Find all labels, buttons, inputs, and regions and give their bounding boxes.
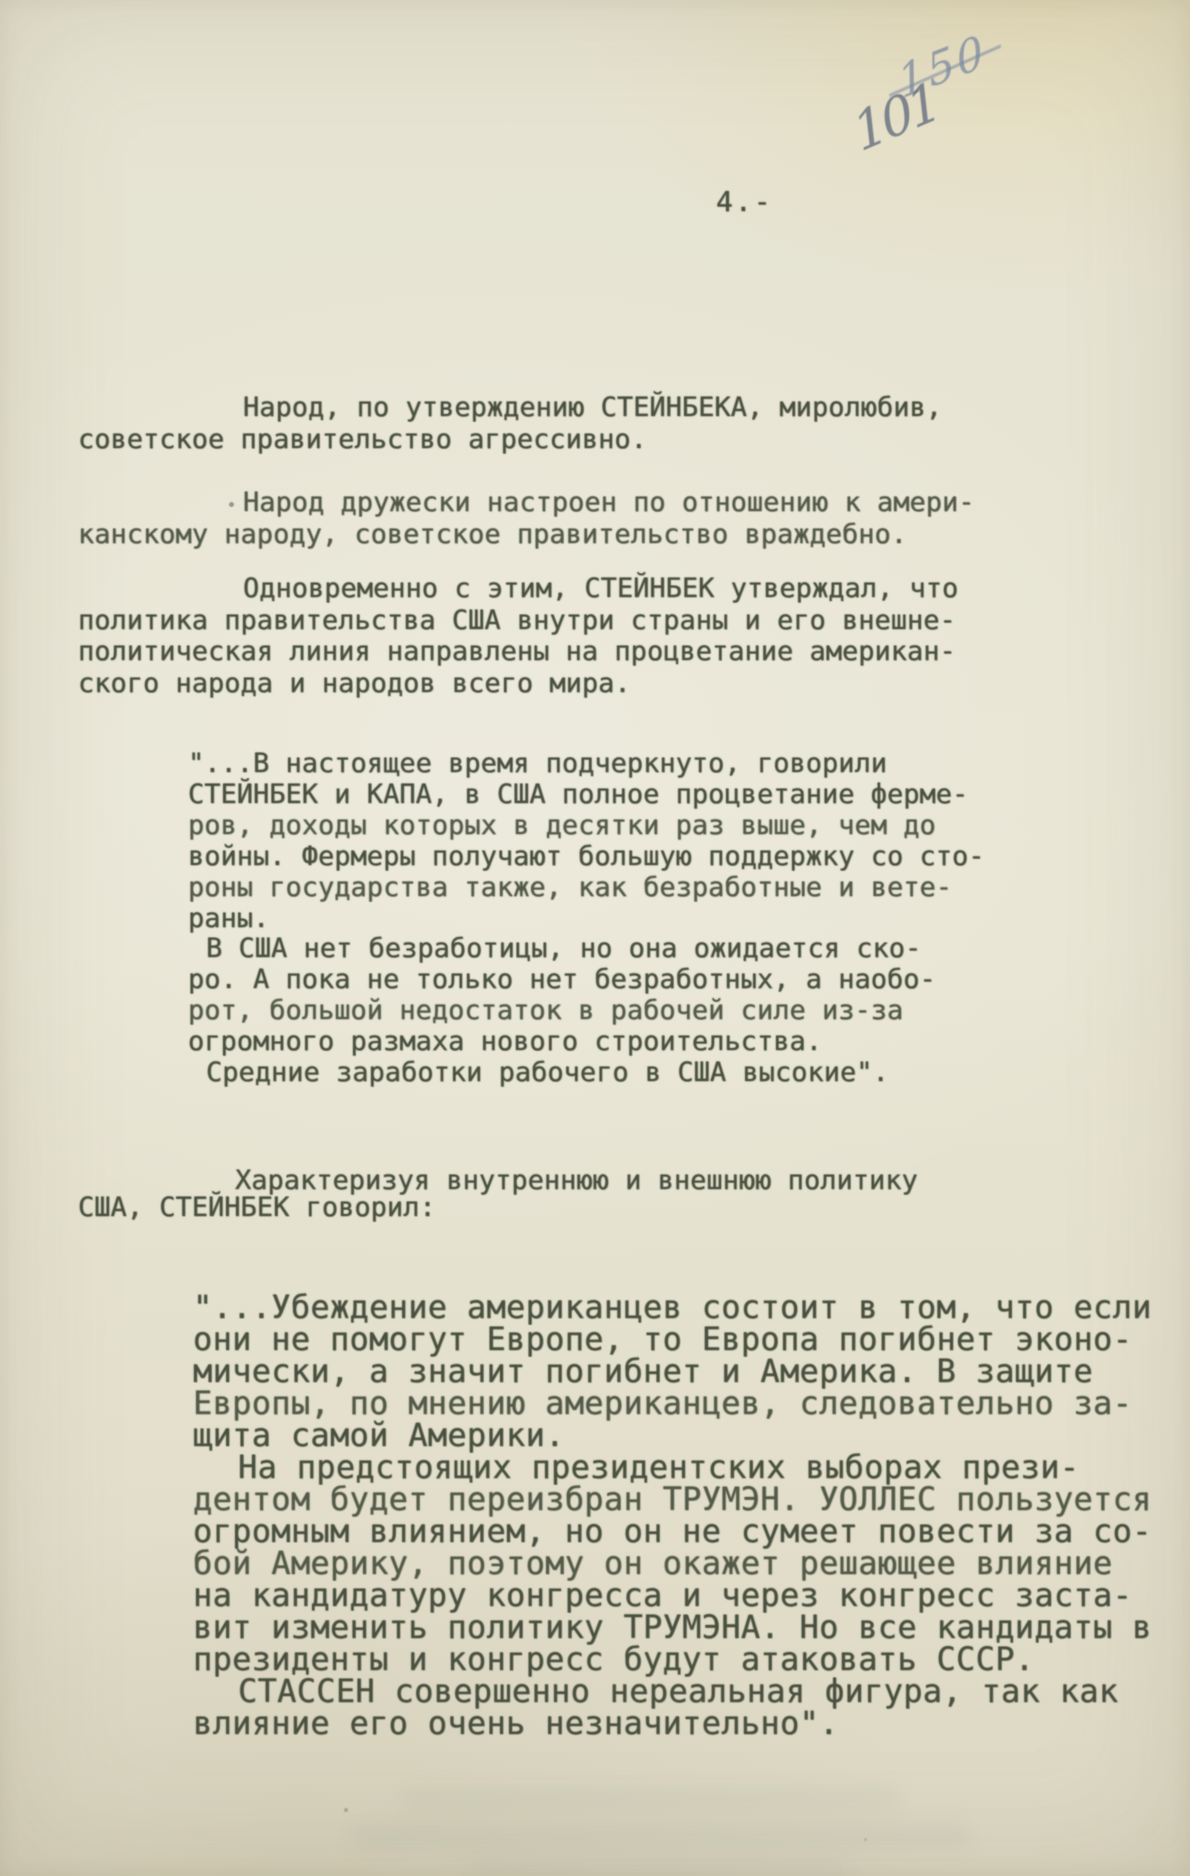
text-line: влияние его очень незначительно". bbox=[193, 1708, 1152, 1740]
text-line: политика правительства США внутри страны… bbox=[78, 605, 958, 637]
text-line: бой Америку, поэтому он окажет решающее … bbox=[193, 1548, 1152, 1580]
text-line: Европы, по мнению американцев, следовате… bbox=[193, 1388, 1152, 1420]
text-line: ро. А пока не только нет безработных, а … bbox=[188, 965, 985, 996]
text-line: СТЕЙНБЕК и КАПА, в США полное процветани… bbox=[188, 780, 985, 811]
bleed-through-ghost bbox=[470, 1858, 850, 1876]
quote-block-2: "...Убеждение американцев состоит в том,… bbox=[193, 1292, 1152, 1740]
scanned-document-page: 150 101 4.- Народ, по утверждению СТЕЙНБ… bbox=[0, 0, 1190, 1876]
text-line: огромного размаха нового строительства. bbox=[188, 1027, 985, 1058]
text-line: Средние заработки рабочего в США высокие… bbox=[188, 1058, 985, 1089]
text-line: советское правительство агрессивно. bbox=[78, 424, 942, 456]
text-line: рот, большой недостаток в рабочей силе и… bbox=[188, 996, 985, 1027]
paragraph-4: Характеризуя внутреннюю и внешнюю полити… bbox=[78, 1169, 918, 1223]
text-line: В США нет безработицы, но она ожидается … bbox=[188, 934, 985, 965]
text-line: Одновременно с этим, СТЕЙНБЕК утверждал,… bbox=[78, 573, 958, 605]
bleed-through-ghost bbox=[350, 1824, 970, 1848]
handwritten-page-number: 101 bbox=[847, 72, 945, 164]
text-line: "...В настоящее время подчеркнуто, говор… bbox=[188, 749, 985, 780]
text-line: политическая линия направлены на процвет… bbox=[78, 636, 958, 668]
ink-speck bbox=[344, 1808, 348, 1812]
paragraph-2: Народ дружески настроен по отношению к а… bbox=[78, 487, 975, 550]
bleed-through-ghost bbox=[400, 1788, 900, 1810]
text-line: войны. Фермеры получают большую поддержк… bbox=[188, 842, 985, 873]
text-line: дентом будет переизбран ТРУМЭН. УОЛЛЕС п… bbox=[193, 1484, 1152, 1516]
text-line: Народ дружески настроен по отношению к а… bbox=[78, 487, 975, 519]
text-line: канскому народу, советское правительство… bbox=[78, 519, 975, 551]
text-line: раны. bbox=[188, 904, 985, 935]
text-line: США, СТЕЙНБЕК говорил: bbox=[78, 1196, 918, 1223]
paragraph-3: Одновременно с этим, СТЕЙНБЕК утверждал,… bbox=[78, 573, 958, 699]
text-line: ров, доходы которых в десятки раз выше, … bbox=[188, 811, 985, 842]
text-line: роны государства также, как безработные … bbox=[188, 873, 985, 904]
ink-speck bbox=[229, 502, 234, 507]
page-number: 4.- bbox=[716, 185, 773, 218]
quote-block-1: "...В настоящее время подчеркнуто, говор… bbox=[188, 749, 985, 1089]
text-line: ского народа и народов всего мира. bbox=[78, 668, 958, 700]
paragraph-1: Народ, по утверждению СТЕЙНБЕКА, миролюб… bbox=[78, 392, 942, 455]
text-line: Народ, по утверждению СТЕЙНБЕКА, миролюб… bbox=[78, 392, 942, 424]
